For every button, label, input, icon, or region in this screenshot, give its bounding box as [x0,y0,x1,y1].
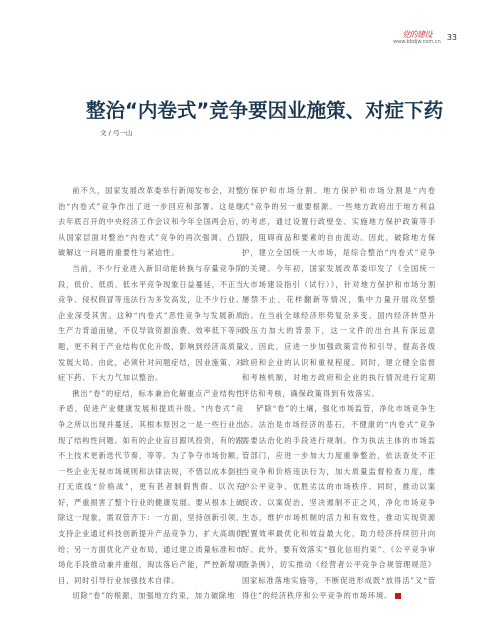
logo-url: www.bbdjw.com.cn [393,39,441,45]
page-header: 党的建设 www.bbdjw.com.cn 33 [393,30,457,45]
magazine-logo: 党的建设 www.bbdjw.com.cn [393,30,441,45]
logo-mark: 党的建设 [402,30,432,39]
article-title: 整治“内卷式”竞争要因业施策、对症下药 [86,95,426,123]
paragraph-text: 铲除“卷”的土壤，强化市场监管，净化市场竞争生态。法治是市场经济的基石，不健康的… [242,404,436,600]
end-mark-icon [395,593,401,599]
page-number: 33 [447,33,457,42]
paragraph: 前不久，国家发展改革委举行新闻发布会，对整治“内卷式”竞争作出了进一步回应和部署… [58,183,244,261]
article-byline: 文 / 弓一山 [100,128,132,137]
left-column: 前不久，国家发展改革委举行新闻发布会，对整治“内卷式”竞争作出了进一步回应和部署… [58,183,244,604]
paragraph: 方保护和市场分割。地方保护和市场分割是“内卷式”竞争的另一重要根源。一些地方政府… [242,183,436,401]
right-column: 方保护和市场分割。地方保护和市场分割是“内卷式”竞争的另一重要根源。一些地方政府… [242,183,436,604]
paragraph: 当前，不少行业进入新旧动能转换与存量竞争阶段，低价、低质、低水平竞争现象日益蔓延… [58,261,244,386]
paragraph: 揪出“卷”的症结，标本兼治化解重点产业结构性矛盾，促进产业健康发展和提质升级。“… [58,386,244,589]
paragraph: 铲除“卷”的土壤，强化市场监管，净化市场竞争生态。法治是市场经济的基石，不健康的… [242,401,436,604]
paragraph: 切除“卷”的根源，加强地方约束，加力破除地 [58,588,244,604]
